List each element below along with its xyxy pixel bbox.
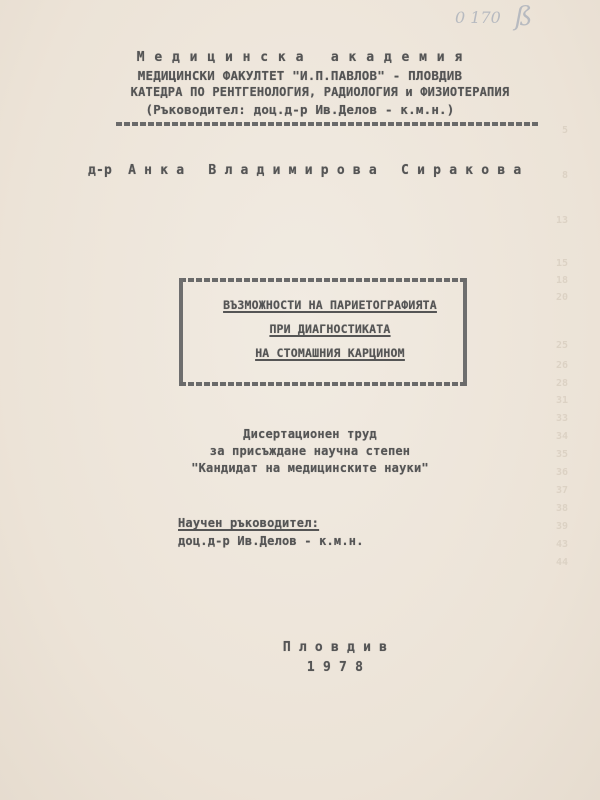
bleed-through-number: 38 [548,503,568,514]
handwritten-sign: ß [515,2,532,32]
title-box-top-border-end [420,278,466,282]
title-box-top-border [180,278,420,282]
bleed-through-number: 36 [548,467,568,478]
supervisor-label: Научен ръководител: [178,516,319,530]
title-box-bottom-border [180,382,466,386]
supervisor-name: доц.д-р Ив.Делов - к.м.н. [178,534,364,548]
bleed-through-number: 35 [548,449,568,460]
bleed-through-number: 31 [548,395,568,406]
bleed-through-number: 18 [548,275,568,286]
header-faculty: МЕДИЦИНСКИ ФАКУЛТЕТ "И.П.ПАВЛОВ" - ПЛОВД… [0,68,600,83]
header-head: (Ръководител: доц.д-р Ив.Делов - к.м.н.) [0,102,600,117]
bleed-through-number: 37 [548,485,568,496]
bleed-through-number: 13 [548,215,568,226]
title-box-right-border [463,278,467,386]
dissertation-line-3: "Кандидат на медицинските науки" [160,461,460,475]
dissertation-line-1: Дисертационен труд [160,427,460,441]
bleed-through-number: 5 [548,125,568,136]
bleed-through-number: 34 [548,431,568,442]
title-box-left-border [179,278,183,386]
bleed-through-number: 26 [548,360,568,371]
bleed-through-number: 44 [548,557,568,568]
bleed-through-number: 8 [548,170,568,181]
handwritten-number: 0 170 [455,8,501,27]
bleed-through-number: 43 [548,539,568,550]
bleed-through-number: 33 [548,413,568,424]
header-academy: М е д и ц и н с к а а к а д е м и я [0,50,600,65]
document-page: 0 170 ß 58131518202526283133343536373839… [0,0,600,800]
bleed-through-number: 15 [548,258,568,269]
dissertation-line-2: за присъждане научна степен [160,444,460,458]
bleed-through-number: 28 [548,378,568,389]
year: 1 9 7 8 [280,660,390,675]
city: П л о в д и в [280,640,390,655]
title-line-2: ПРИ ДИАГНОСТИКАТА [210,322,450,336]
bleed-through-number: 20 [548,292,568,303]
author-name: д-р А н к а В л а д и м и р о в а С и р … [88,163,521,178]
bleed-through-number: 25 [548,340,568,351]
title-line-1: ВЪЗМОЖНОСТИ НА ПАРИЕТОГРАФИЯТА [210,298,450,312]
header-department: КАТЕДРА ПО РЕНТГЕНОЛОГИЯ, РАДИОЛОГИЯ и Ф… [20,85,600,99]
bleed-through-number: 39 [548,521,568,532]
title-line-3: НА СТОМАШНИЯ КАРЦИНОМ [210,346,450,360]
header-divider [116,122,540,126]
